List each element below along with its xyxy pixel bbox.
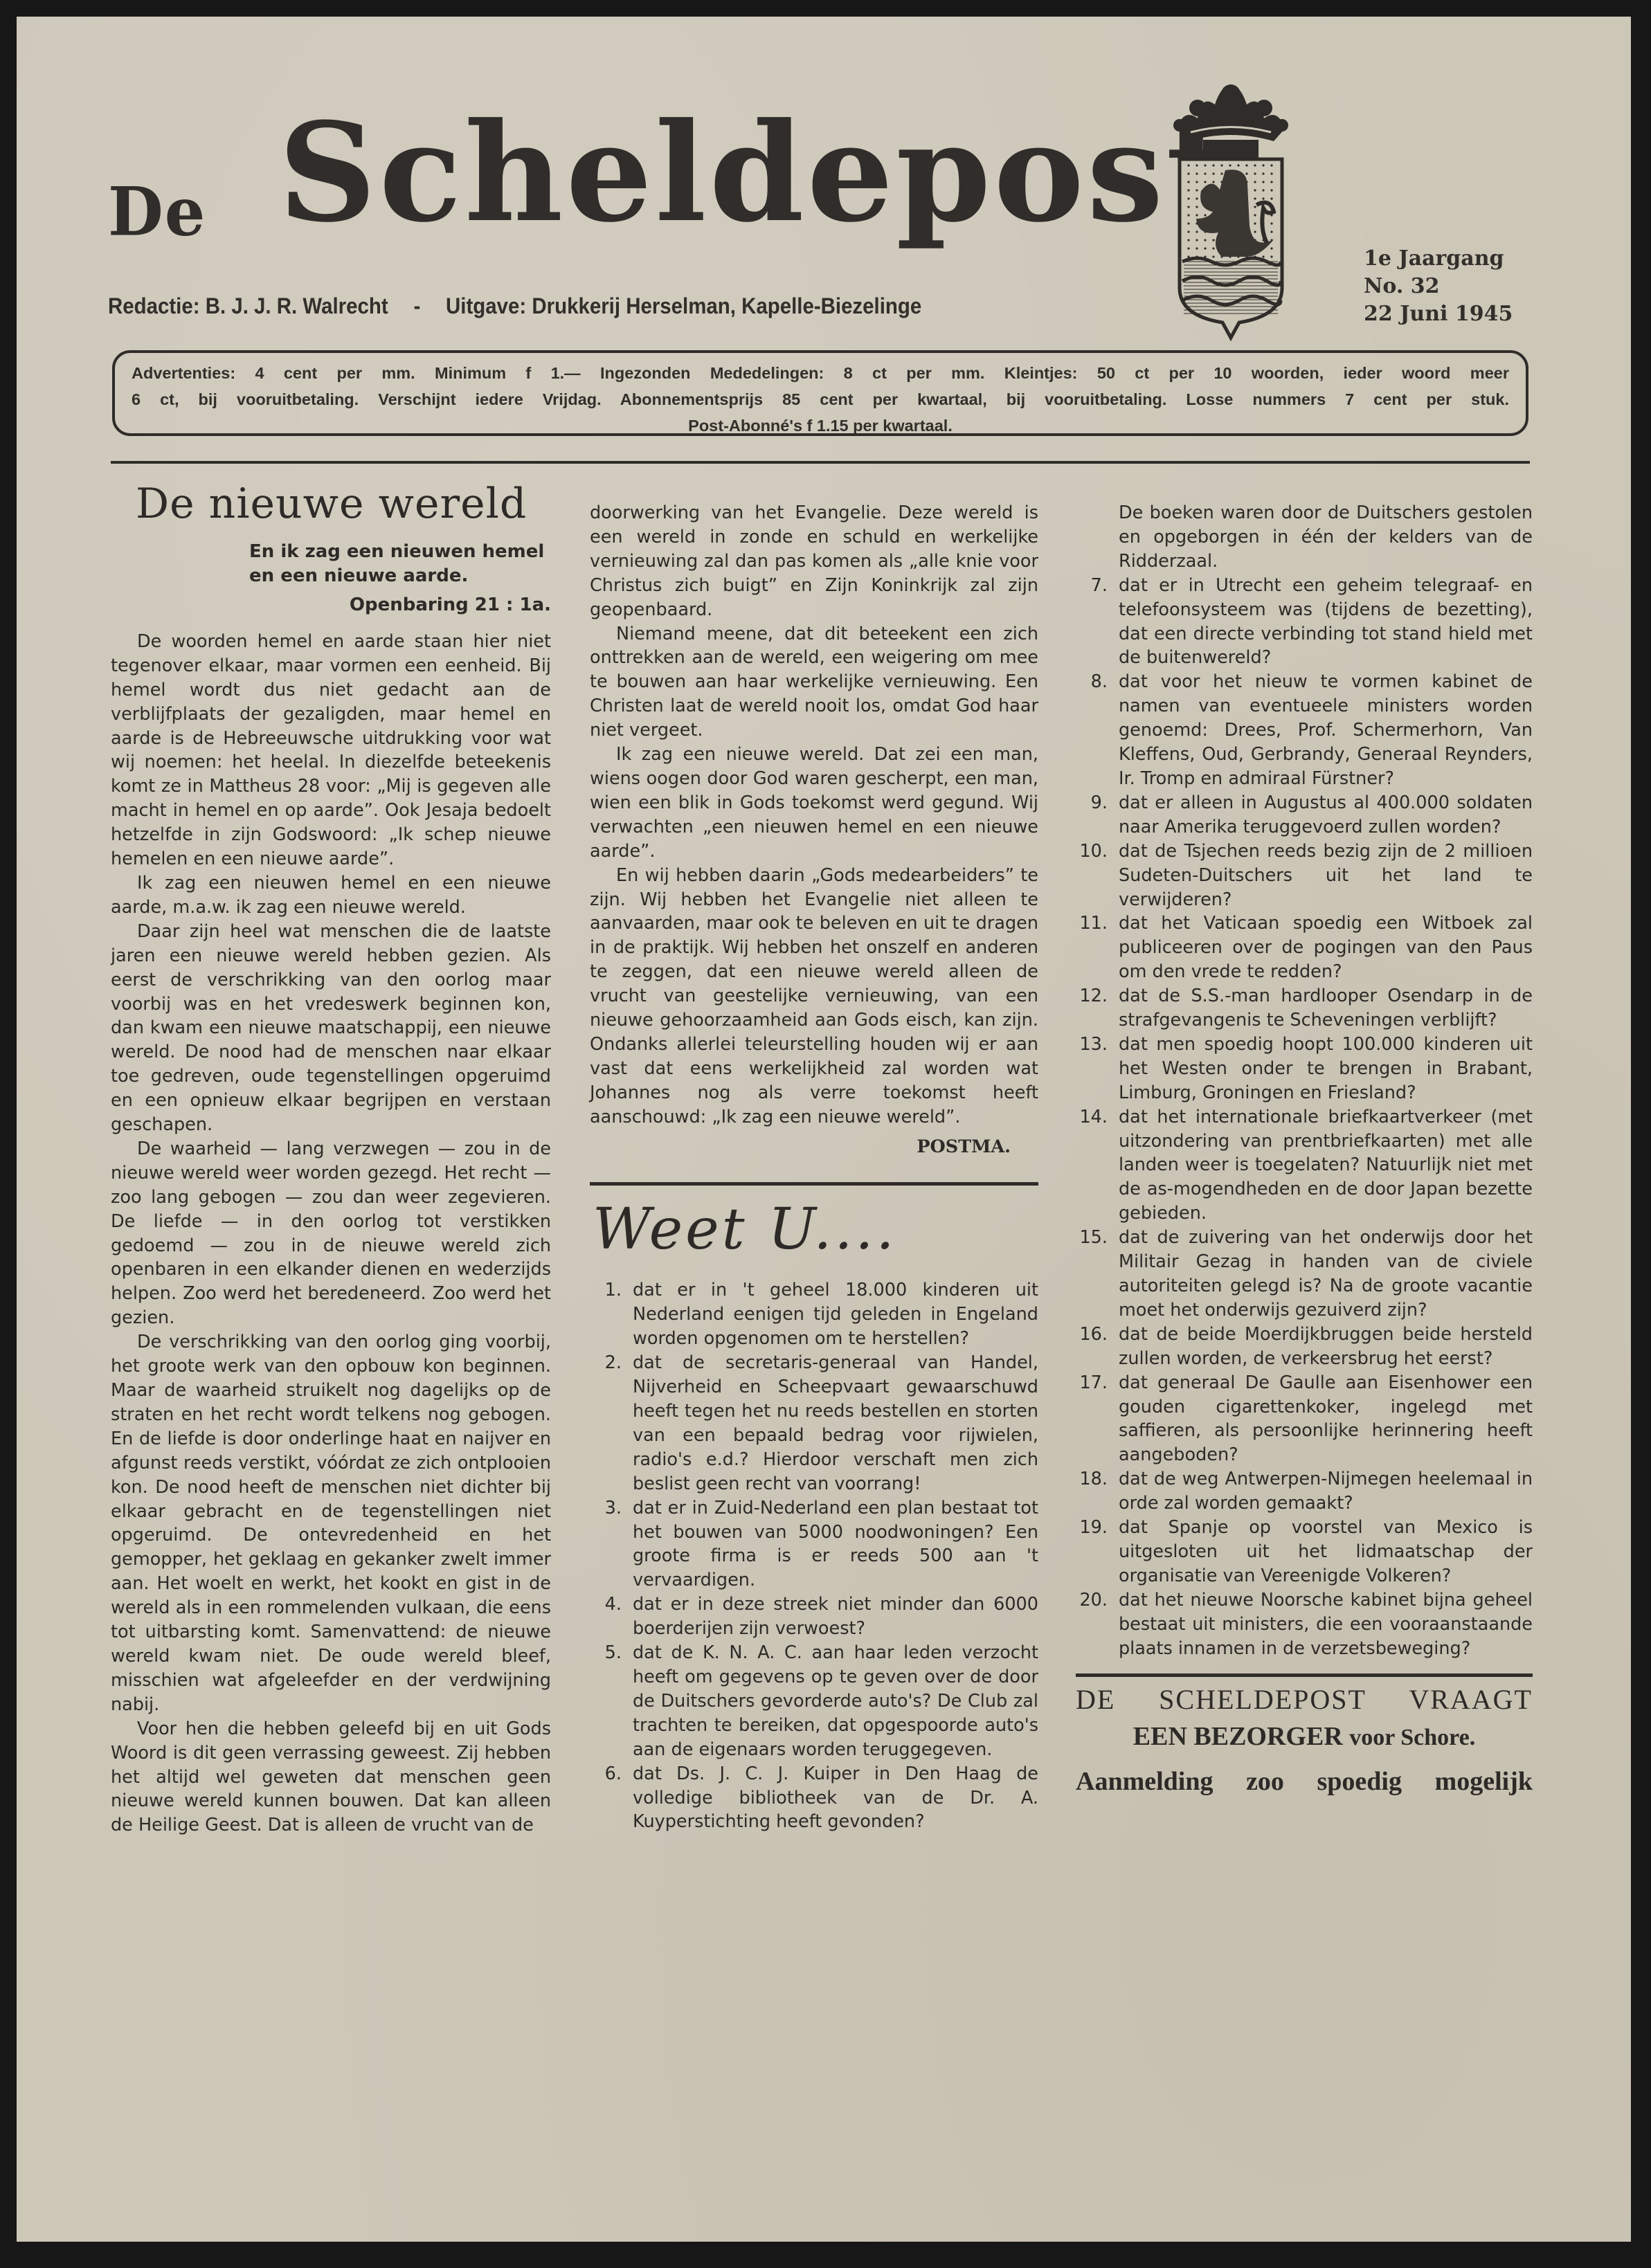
delivery-notice: DE SCHELDEPOST VRAAGT EEN BEZORGER voor … bbox=[1076, 1682, 1533, 1806]
list-item: 20.dat het nieuwe Noorsche kabinet bijna… bbox=[1076, 1588, 1533, 1661]
list-item: 1.dat er in 't geheel 18.000 kinderen ui… bbox=[590, 1278, 1038, 1351]
item-text: dat het internationale briefkaartverkeer… bbox=[1119, 1105, 1533, 1226]
item-text: dat het nieuwe Noorsche kabinet bijna ge… bbox=[1119, 1588, 1533, 1661]
item-number: 17. bbox=[1076, 1371, 1119, 1468]
item-text: dat het Vaticaan spoedig een Witboek zal… bbox=[1119, 911, 1533, 984]
list-item: 19.dat Spanje op voorstel van Mexico is … bbox=[1076, 1516, 1533, 1588]
list-item: 16.dat de beide Moerdijkbruggen beide he… bbox=[1076, 1323, 1533, 1371]
item-text: dat Spanje op voorstel van Mexico is uit… bbox=[1119, 1516, 1533, 1588]
list-item: 11.dat het Vaticaan spoedig een Witboek … bbox=[1076, 911, 1533, 984]
item-number: 5. bbox=[590, 1641, 633, 1762]
item-text: dat er in 't geheel 18.000 kinderen uit … bbox=[633, 1278, 1038, 1351]
list-item: 4.dat er in deze streek niet minder dan … bbox=[590, 1593, 1038, 1641]
masthead-prefix: De bbox=[108, 172, 206, 251]
column-2: doorwerking van het Evangelie. Deze were… bbox=[590, 501, 1038, 1834]
notice-schore: voor Schore. bbox=[1349, 1725, 1475, 1750]
masthead-title: Scheldepost bbox=[278, 105, 1232, 241]
post-subscription-line: Post-Abonné's f 1.15 per kwartaal. bbox=[132, 412, 1509, 439]
item-6-continuation: De boeken waren door de Duitschers gesto… bbox=[1076, 501, 1533, 574]
issue-date: 22 Juni 1945 bbox=[1364, 300, 1513, 328]
item-number: 11. bbox=[1076, 911, 1119, 984]
weet-u-list: 1.dat er in 't geheel 18.000 kinderen ui… bbox=[590, 1278, 1038, 1834]
list-item: 13.dat men spoedig hoopt 100.000 kindere… bbox=[1076, 1033, 1533, 1105]
redactie-text: Redactie: B. J. J. R. Walrecht bbox=[108, 293, 388, 318]
list-item: 2.dat de secretaris-generaal van Handel,… bbox=[590, 1351, 1038, 1496]
item-text: dat de zuivering van het onderwijs door … bbox=[1119, 1226, 1533, 1323]
advert-rates-line1: Advertenties: 4 cent per mm. Minimum f 1… bbox=[132, 360, 1509, 386]
motto-line-2: en een nieuwe aarde. bbox=[249, 564, 551, 588]
list-item: 12.dat de S.S.-man hardlooper Osendarp i… bbox=[1076, 984, 1533, 1033]
jaargang: 1e Jaargang bbox=[1364, 245, 1513, 273]
item-text: dat de Tsjechen reeds bezig zijn de 2 mi… bbox=[1119, 840, 1533, 912]
header-rule-top bbox=[111, 461, 1530, 464]
list-item: 15.dat de zuivering van het onderwijs do… bbox=[1076, 1226, 1533, 1323]
list-item: 5.dat de K. N. A. C. aan haar leden verz… bbox=[590, 1641, 1038, 1762]
item-text: dat Ds. J. C. J. Kuiper in Den Haag de v… bbox=[633, 1762, 1038, 1835]
item-number: 10. bbox=[1076, 840, 1119, 912]
item-number: 15. bbox=[1076, 1226, 1119, 1323]
notice-bezorger: EEN BEZORGER bbox=[1133, 1722, 1343, 1751]
item-text: dat er in Utrecht een geheim telegraaf- … bbox=[1119, 574, 1533, 671]
item-text: dat er in deze streek niet minder dan 60… bbox=[633, 1593, 1038, 1641]
item-text: dat er in Zuid-Nederland een plan bestaa… bbox=[633, 1496, 1038, 1593]
item-number: 20. bbox=[1076, 1588, 1119, 1661]
item-number: 18. bbox=[1076, 1467, 1119, 1516]
item-number: 1. bbox=[590, 1278, 633, 1351]
item-number: 16. bbox=[1076, 1323, 1119, 1371]
article-paragraph: Daar zijn heel wat menschen die de laats… bbox=[111, 920, 551, 1137]
notice-line-1: DE SCHELDEPOST VRAAGT bbox=[1076, 1682, 1533, 1717]
article-paragraph: Voor hen die hebben geleefd bij en uit G… bbox=[111, 1717, 551, 1838]
masthead-credits: Redactie: B. J. J. R. Walrecht-Uitgave: … bbox=[108, 293, 921, 319]
article-paragraph: Niemand meene, dat dit beteekent een zic… bbox=[590, 622, 1038, 743]
article-paragraph: De woorden hemel en aarde staan hier nie… bbox=[111, 630, 551, 871]
item-number: 2. bbox=[590, 1351, 633, 1496]
item-number: 13. bbox=[1076, 1033, 1119, 1105]
list-item: 18.dat de weg Antwerpen-Nijmegen heelema… bbox=[1076, 1467, 1533, 1516]
list-item: 17.dat generaal De Gaulle aan Eisenhower… bbox=[1076, 1371, 1533, 1468]
item-number: 8. bbox=[1076, 670, 1119, 791]
newspaper-page: De Scheldepost Redactie: B. J. J. R. Wal… bbox=[17, 17, 1631, 2242]
bible-motto: En ik zag een nieuwen hemel en een nieuw… bbox=[249, 540, 551, 588]
item-number: 7. bbox=[1076, 574, 1119, 671]
notice-rule bbox=[1076, 1673, 1533, 1677]
list-item: 14.dat het internationale briefkaartverk… bbox=[1076, 1105, 1533, 1226]
credits-separator: - bbox=[413, 293, 420, 318]
motto-line-1: En ik zag een nieuwen hemel bbox=[249, 540, 551, 564]
item-text: dat de weg Antwerpen-Nijmegen heelemaal … bbox=[1119, 1467, 1533, 1516]
column-1: De nieuwe wereld En ik zag een nieuwen h… bbox=[111, 479, 551, 1838]
weet-u-heading: Weet U.... bbox=[593, 1195, 1038, 1264]
item-text: dat generaal De Gaulle aan Eisenhower ee… bbox=[1119, 1371, 1533, 1468]
article-signature: POSTMA. bbox=[590, 1135, 1038, 1159]
item-text: dat men spoedig hoopt 100.000 kinderen u… bbox=[1119, 1033, 1533, 1105]
item-text: dat de S.S.-man hardlooper Osendarp in d… bbox=[1119, 984, 1533, 1033]
list-item: 8.dat voor het nieuw te vormen kabinet d… bbox=[1076, 670, 1533, 791]
advert-rates-line2: 6 ct, bij vooruitbetaling. Verschijnt ie… bbox=[132, 386, 1509, 412]
item-text: dat de beide Moerdijkbruggen beide herst… bbox=[1119, 1323, 1533, 1371]
zeeland-coat-of-arms-icon bbox=[1170, 80, 1292, 345]
article-paragraph: doorwerking van het Evangelie. Deze were… bbox=[590, 501, 1038, 622]
section-rule bbox=[590, 1182, 1038, 1186]
issue-info: 1e Jaargang No. 32 22 Juni 1945 bbox=[1364, 245, 1513, 328]
list-item: 3.dat er in Zuid-Nederland een plan best… bbox=[590, 1496, 1038, 1593]
notice-line-2: EEN BEZORGER voor Schore. bbox=[1076, 1717, 1533, 1757]
notice-line-3: Aanmelding zoo spoedig mogelijk bbox=[1076, 1757, 1533, 1806]
article-title: De nieuwe wereld bbox=[136, 479, 551, 529]
article-paragraph: En wij hebben daarin „Gods medearbeiders… bbox=[590, 864, 1038, 1130]
item-number: 4. bbox=[590, 1593, 633, 1641]
list-item: 7.dat er in Utrecht een geheim telegraaf… bbox=[1076, 574, 1533, 671]
item-number: 12. bbox=[1076, 984, 1119, 1033]
column-3: De boeken waren door de Duitschers gesto… bbox=[1076, 501, 1533, 1806]
article-paragraph: Ik zag een nieuwe wereld. Dat zei een ma… bbox=[590, 743, 1038, 864]
list-item: 9.dat er alleen in Augustus al 400.000 s… bbox=[1076, 791, 1533, 840]
uitgave-text: Uitgave: Drukkerij Herselman, Kapelle-Bi… bbox=[446, 293, 921, 318]
item-number: 3. bbox=[590, 1496, 633, 1593]
item-number: 14. bbox=[1076, 1105, 1119, 1226]
article-paragraph: De verschrikking van den oorlog ging voo… bbox=[111, 1330, 551, 1717]
subscription-info-box: Advertenties: 4 cent per mm. Minimum f 1… bbox=[112, 350, 1528, 436]
item-number: 6. bbox=[590, 1762, 633, 1835]
article-paragraph: Ik zag een nieuwen hemel en een nieuwe a… bbox=[111, 871, 551, 920]
item-number: 19. bbox=[1076, 1516, 1119, 1588]
item-text: dat de K. N. A. C. aan haar leden verzoc… bbox=[633, 1641, 1038, 1762]
list-item: 10.dat de Tsjechen reeds bezig zijn de 2… bbox=[1076, 840, 1533, 912]
list-item: 6.dat Ds. J. C. J. Kuiper in Den Haag de… bbox=[590, 1762, 1038, 1835]
item-text: dat de secretaris-generaal van Handel, N… bbox=[633, 1351, 1038, 1496]
item-number: 9. bbox=[1076, 791, 1119, 840]
issue-number: No. 32 bbox=[1364, 273, 1513, 300]
item-text: dat er alleen in Augustus al 400.000 sol… bbox=[1119, 791, 1533, 840]
article-paragraph: De waarheid — lang verzwegen — zou in de… bbox=[111, 1137, 551, 1330]
weet-u-list-continued: 7.dat er in Utrecht een geheim telegraaf… bbox=[1076, 574, 1533, 1661]
motto-reference: Openbaring 21 : 1a. bbox=[111, 593, 551, 617]
item-text: dat voor het nieuw te vormen kabinet de … bbox=[1119, 670, 1533, 791]
